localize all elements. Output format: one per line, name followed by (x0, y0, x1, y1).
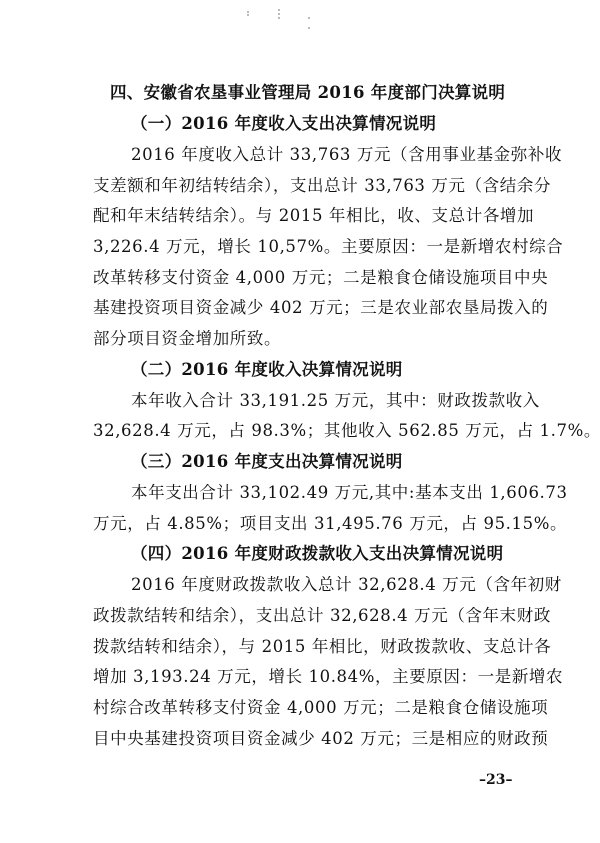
subsection-heading-3: （三）2016 年度支出决算情况说明 (131, 451, 403, 473)
paragraph-line: 32,628.4 万元，占 98.3%；其他收入 562.85 万元，占 1.7… (93, 420, 505, 442)
paragraph-line: 3,226.4 万元，增长 10,57%。主要原因：一是新增农村综合 (93, 236, 505, 258)
paragraph-line: 拨款结转和结余），与 2015 年相比，财政拨款收、支总计各 (93, 636, 505, 658)
paragraph-line: 本年收入合计 33,191.25 万元，其中：财政拨款收入 (131, 390, 505, 412)
subsection-heading-1: （一）2016 年度收入支出决算情况说明 (131, 113, 436, 135)
paragraph-line: 增加 3,193.24 万元，增长 10.84%，主要原因：一是新增农 (93, 666, 505, 688)
page-number: –23– (479, 772, 512, 788)
scan-specks (240, 8, 350, 28)
paragraph-line: 改革转移支付资金 4,000 万元；二是粮食仓储设施项目中央 (93, 267, 505, 289)
paragraph-line: 2016 年度财政拨款收入总计 32,628.4 万元（含年初财 (131, 574, 505, 596)
paragraph-line: 支差额和年初结转结余），支出总计 33,763 万元（含结余分 (93, 175, 505, 197)
paragraph-line: 万元，占 4.85%；项目支出 31,495.76 万元，占 95.15%。 (93, 513, 505, 535)
paragraph-line: 本年支出合计 33,102.49 万元,其中:基本支出 1,606.73 (131, 482, 505, 504)
paragraph-line: 部分项目资金增加所致。 (93, 328, 281, 350)
paragraph-line: 村综合改革转移支付资金 4,000 万元；二是粮食仓储设施项 (93, 697, 505, 719)
subsection-heading-2: （二）2016 年度收入决算情况说明 (131, 359, 403, 381)
paragraph-line: 2016 年度收入总计 33,763 万元（含用事业基金弥补收 (131, 144, 505, 166)
document-page: 四、安徽省农垦事业管理局 2016 年度部门决算说明 （一）2016 年度收入支… (0, 0, 600, 843)
paragraph-line: 配和年末结转结余）。与 2015 年相比，收、支总计各增加 (93, 205, 505, 227)
paragraph-line: 目中央基建投资项目资金减少 402 万元；三是相应的财政预 (93, 728, 505, 750)
paragraph-line: 基建投资项目资金减少 402 万元；三是农业部农垦局拨入的 (93, 297, 505, 319)
paragraph-line: 政拨款结转和结余），支出总计 32,628.4 万元（含年末财政 (93, 605, 505, 627)
section-title: 四、安徽省农垦事业管理局 2016 年度部门决算说明 (110, 82, 505, 104)
subsection-heading-4: （四）2016 年度财政拨款收入支出决算情况说明 (131, 543, 503, 565)
